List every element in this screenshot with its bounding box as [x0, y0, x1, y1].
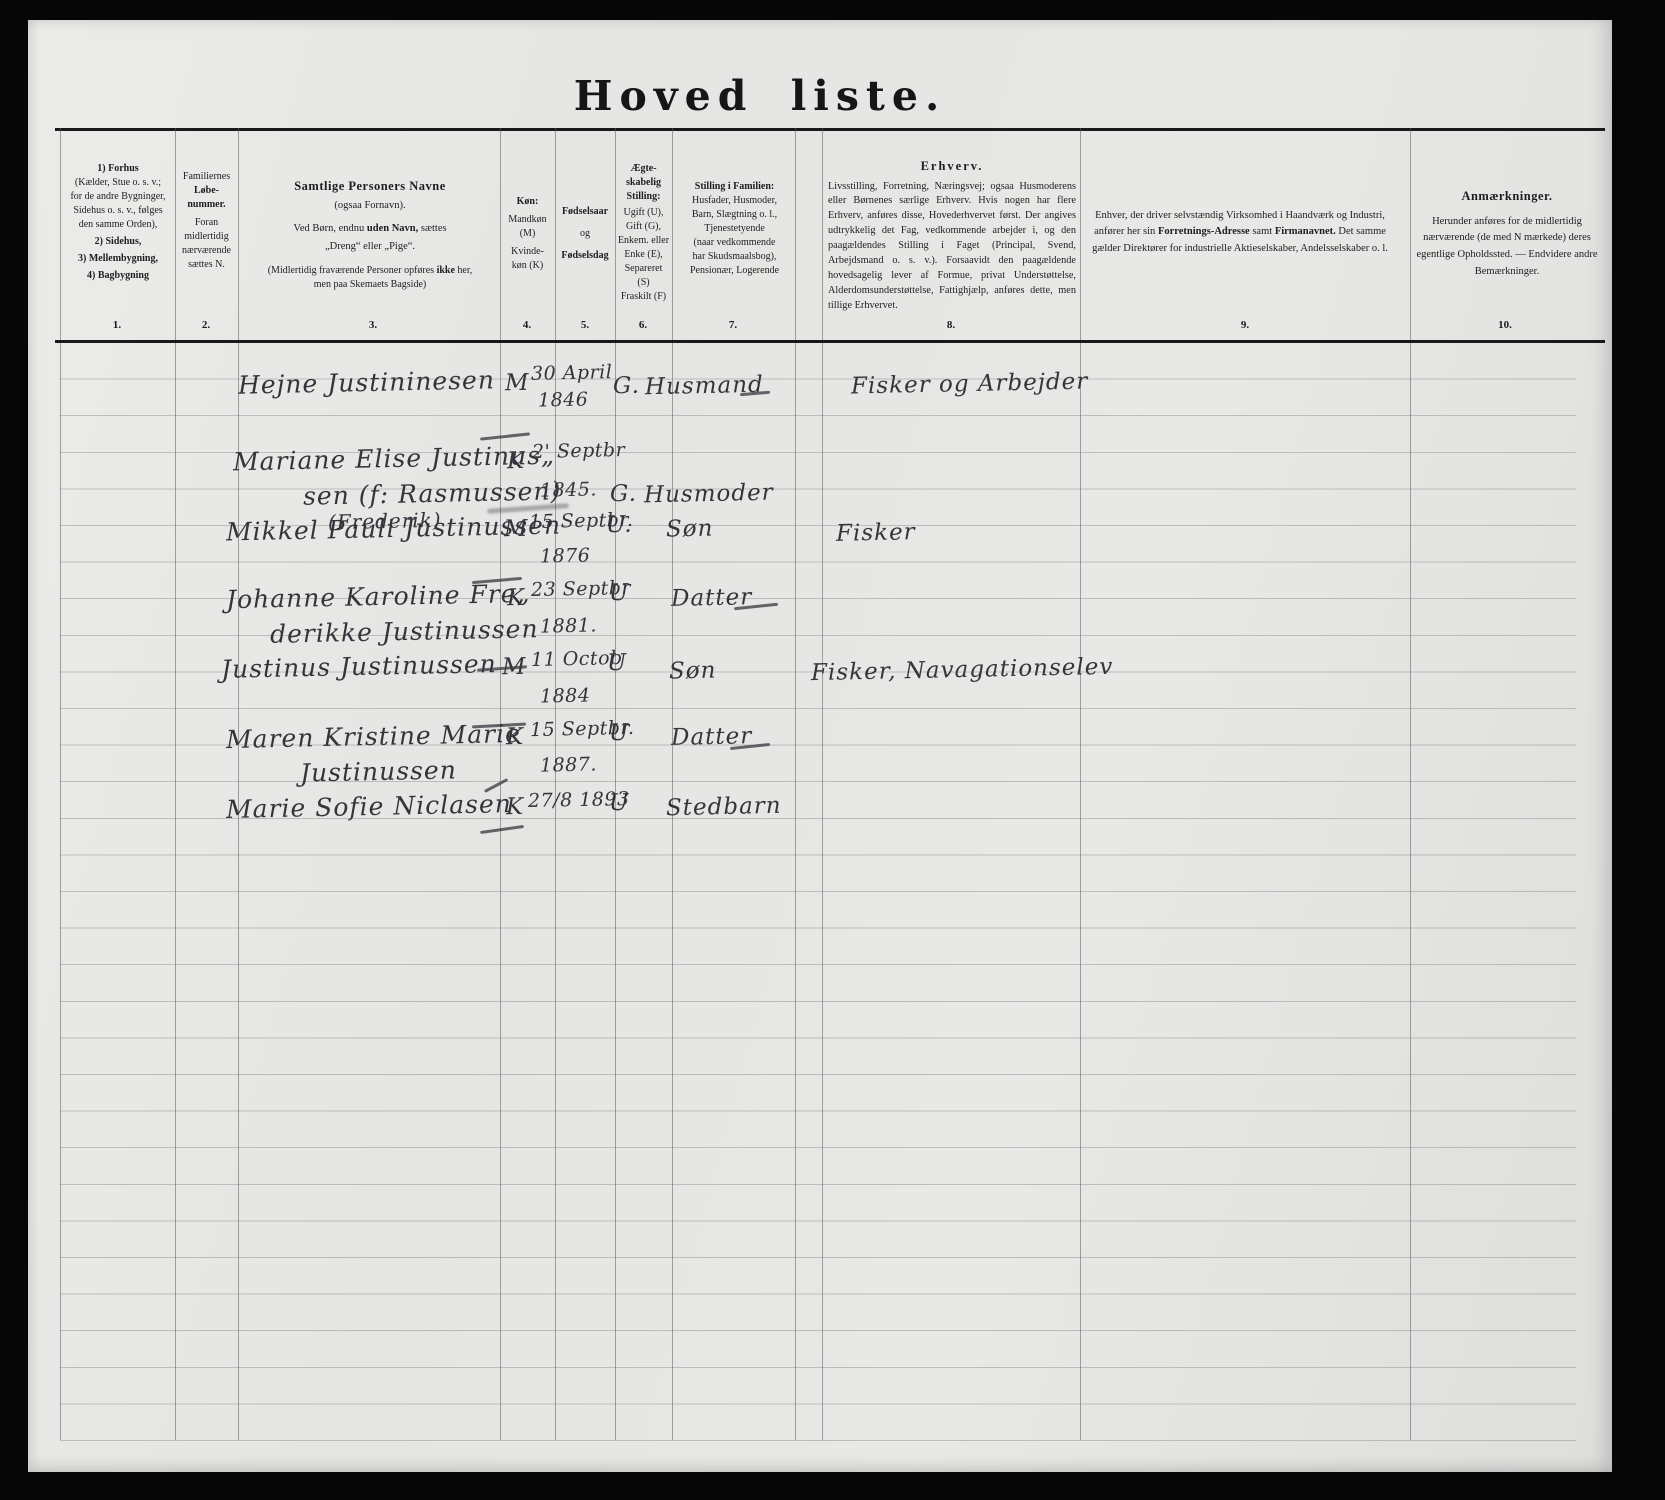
birth-year: 1845. — [540, 478, 597, 501]
column-number-6: 6. — [621, 319, 665, 331]
column-header-3: Samtlige Personers Navne (ogsaa Fornavn)… — [242, 178, 498, 292]
occupation: Fisker og Arbejder — [851, 369, 1089, 400]
ruled-rows — [60, 343, 1576, 1443]
person-name: Marie Sofie Niclasen — [226, 789, 512, 824]
birth-year: 1887. — [540, 753, 597, 776]
birth-year: 1846 — [538, 388, 589, 411]
family-position: Søn — [669, 658, 717, 685]
column-number-1: 1. — [95, 319, 139, 331]
column-header-1: 1) Forhus (Kælder, Stue o. s. v.; for de… — [63, 162, 173, 283]
title-rule — [55, 128, 1605, 131]
family-position: Husmand — [645, 372, 764, 400]
family-position: Husmoder — [644, 480, 774, 509]
person-name: Hejne Justininesen — [238, 365, 495, 399]
column-number-9: 9. — [1223, 319, 1267, 331]
gender-value: M — [504, 516, 529, 543]
person-name: Justinus Justinussen — [221, 649, 497, 684]
column-header-10: Anmærkninger. Herunder anføres for de mi… — [1416, 188, 1598, 281]
birth-date: 30 April — [531, 361, 613, 385]
column-header-4: Køn: Mandkøn (M) Kvinde- køn (K) — [502, 195, 553, 273]
birth-year: 1876 — [540, 544, 591, 567]
marital-status: U — [609, 790, 630, 816]
family-position: Stedbarn — [666, 793, 782, 821]
gender-value: K — [506, 724, 525, 750]
column-number-8: 8. — [929, 319, 973, 331]
column-header-2: Familiernes Løbe- nummer. Foran midlerti… — [177, 170, 236, 272]
marital-status: U — [607, 650, 628, 676]
gender-value: K — [507, 585, 526, 611]
gender-value: M — [505, 370, 530, 397]
column-number-10: 10. — [1483, 319, 1527, 331]
header-rule — [55, 340, 1605, 343]
marital-status: G. — [613, 373, 640, 400]
birth-year: 1884 — [540, 684, 591, 707]
gender-value: K — [506, 794, 525, 820]
column-header-6: Ægte- skabelig Stilling: Ugift (U), Gift… — [617, 162, 670, 304]
family-position: Søn — [666, 516, 714, 543]
column-number-5: 5. — [563, 319, 607, 331]
birth-date: 2' Septbr — [532, 439, 626, 463]
column-header-7: Stilling i Familien: Husfader, Husmoder,… — [676, 180, 793, 278]
page-title: Hoved liste. — [28, 72, 1492, 120]
gender-value: K — [507, 448, 526, 474]
marital-status: U — [609, 720, 630, 746]
column-number-2: 2. — [184, 319, 228, 331]
marital-status: U — [609, 580, 630, 606]
marital-status: G. — [610, 481, 637, 508]
census-sheet: Hoved liste. 1) Forhus (Kælder, Stue o. … — [28, 20, 1612, 1472]
column-header-9: Enhver, der driver selvstændig Virksomhe… — [1090, 208, 1390, 257]
occupation: Fisker — [836, 519, 916, 547]
column-number-3: 3. — [351, 319, 395, 331]
person-name-cont: Justinussen — [300, 755, 457, 787]
column-header-8: Erhverv. Livsstilling, Forretning, Nærin… — [828, 158, 1076, 314]
birth-year: 1881. — [540, 614, 597, 637]
person-name-cont: derikke Justinussen — [270, 614, 539, 649]
column-number-7: 7. — [711, 319, 755, 331]
column-header-5: Fødselsaar og Fødselsdag — [557, 205, 613, 263]
column-number-4: 4. — [505, 319, 549, 331]
marital-status: U. — [606, 512, 633, 539]
